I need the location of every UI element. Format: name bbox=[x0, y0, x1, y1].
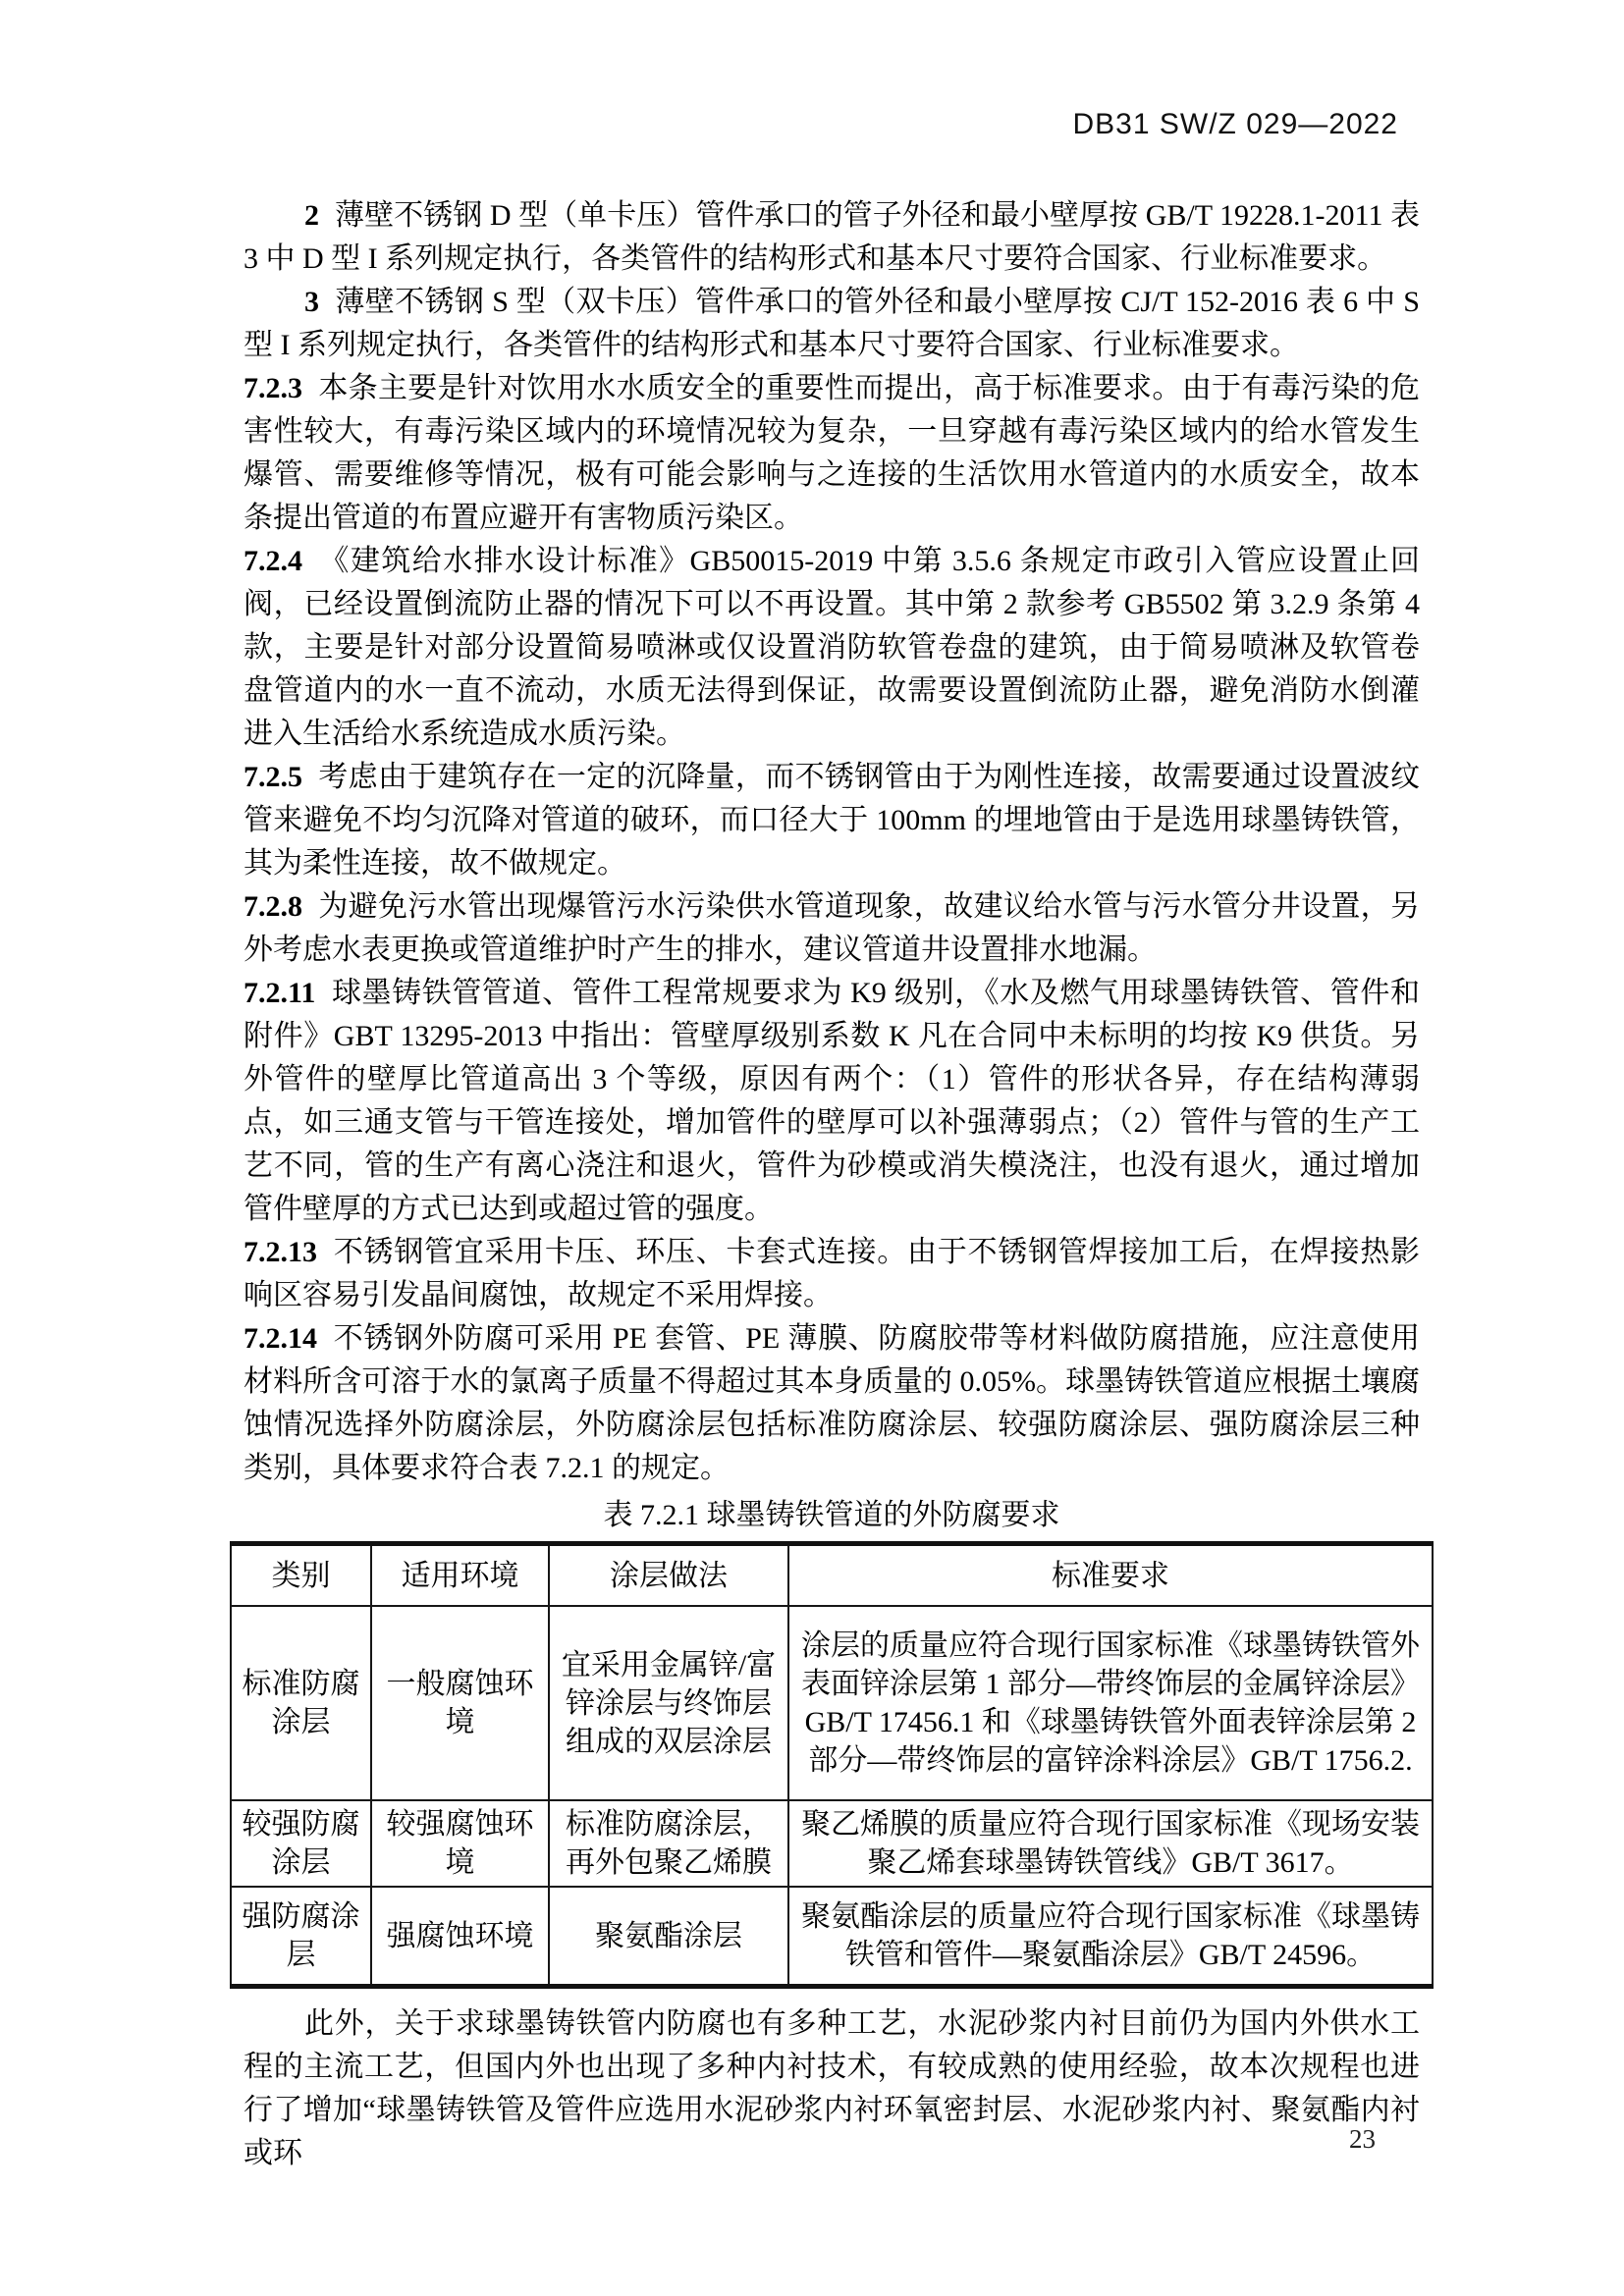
document-page: DB31 SW/Z 029—2022 2薄壁不锈钢 D 型（单卡压）管件承口的管… bbox=[0, 0, 1624, 2296]
clause-paragraph-7-2-14: 7.2.14不锈钢外防腐可采用 PE 套管、PE 薄膜、防腐胶带等材料做防腐措施… bbox=[244, 1317, 1420, 1490]
column-header-category: 类别 bbox=[231, 1544, 371, 1607]
clause-paragraph-7-2-5: 7.2.5考虑由于建筑存在一定的沉降量，而不锈钢管由于为刚性连接，故需要通过设置… bbox=[244, 756, 1420, 885]
item-paragraph-3: 3薄壁不锈钢 S 型（双卡压）管件承口的管外径和最小壁厚按 CJ/T 152-2… bbox=[244, 281, 1420, 367]
clause-number: 7.2.11 bbox=[244, 977, 315, 1009]
clause-text: 球墨铸铁管管道、管件工程常规要求为 K9 级别，《水及燃气用球墨铸铁管、管件和附… bbox=[244, 977, 1420, 1225]
table-cell-standard-requirement: 涂层的质量应符合现行国家标准《球墨铸铁管外表面锌涂层第 1 部分—带终饰层的金属… bbox=[788, 1606, 1433, 1800]
clause-number: 7.2.3 bbox=[244, 372, 302, 404]
table-row: 强防腐涂层 强腐蚀环境 聚氨酯涂层 聚氨酯涂层的质量应符合现行国家标准《球墨铸铁… bbox=[231, 1887, 1433, 1987]
table-cell-environment: 强腐蚀环境 bbox=[371, 1887, 549, 1987]
item-number: 3 bbox=[304, 286, 319, 318]
item-number: 2 bbox=[304, 199, 319, 232]
clause-paragraph-7-2-8: 7.2.8为避免污水管出现爆管污水污染供水管道现象，故建议给水管与污水管分井设置… bbox=[244, 885, 1420, 972]
column-header-standard-requirement: 标准要求 bbox=[788, 1544, 1433, 1607]
table-row: 标准防腐涂层 一般腐蚀环境 宜采用金属锌/富锌涂层与终饰层组成的双层涂层 涂层的… bbox=[231, 1606, 1433, 1800]
item-text: 薄壁不锈钢 D 型（单卡压）管件承口的管子外径和最小壁厚按 GB/T 19228… bbox=[244, 199, 1420, 275]
table-cell-coating-method: 宜采用金属锌/富锌涂层与终饰层组成的双层涂层 bbox=[549, 1606, 788, 1800]
clause-text: 不锈钢管宜采用卡压、环压、卡套式连接。由于不锈钢管焊接加工后，在焊接热影响区容易… bbox=[244, 1236, 1420, 1311]
table-cell-standard-requirement: 聚乙烯膜的质量应符合现行国家标准《现场安装聚乙烯套球墨铸铁管线》GB/T 361… bbox=[788, 1800, 1433, 1887]
table-row: 较强防腐涂层 较强腐蚀环境 标准防腐涂层，再外包聚乙烯膜 聚乙烯膜的质量应符合现… bbox=[231, 1800, 1433, 1887]
clause-paragraph-7-2-11: 7.2.11球墨铸铁管管道、管件工程常规要求为 K9 级别，《水及燃气用球墨铸铁… bbox=[244, 972, 1420, 1231]
table-7-2-1: 类别 适用环境 涂层做法 标准要求 标准防腐涂层 一般腐蚀环境 宜采用金属锌/富… bbox=[230, 1541, 1434, 1989]
table-cell-coating-method: 聚氨酯涂层 bbox=[549, 1887, 788, 1987]
clause-text: 为避免污水管出现爆管污水污染供水管道现象，故建议给水管与污水管分井设置，另外考虑… bbox=[244, 890, 1420, 966]
clause-number: 7.2.13 bbox=[244, 1236, 317, 1268]
clause-text: 考虑由于建筑存在一定的沉降量，而不锈钢管由于为刚性连接，故需要通过设置波纹管来避… bbox=[244, 761, 1420, 880]
column-header-environment: 适用环境 bbox=[371, 1544, 549, 1607]
table-cell-environment: 较强腐蚀环境 bbox=[371, 1800, 549, 1887]
column-header-coating-method: 涂层做法 bbox=[549, 1544, 788, 1607]
clause-text: 本条主要是针对饮用水水质安全的重要性而提出，高于标准要求。由于有毒污染的危害性较… bbox=[244, 372, 1420, 534]
clause-text: 不锈钢外防腐可采用 PE 套管、PE 薄膜、防腐胶带等材料做防腐措施，应注意使用… bbox=[244, 1322, 1420, 1484]
page-number: 23 bbox=[1349, 2124, 1376, 2155]
table-cell-category: 标准防腐涂层 bbox=[231, 1606, 371, 1800]
page-content: 2薄壁不锈钢 D 型（单卡压）管件承口的管子外径和最小壁厚按 GB/T 1922… bbox=[244, 194, 1420, 2175]
table-cell-coating-method: 标准防腐涂层，再外包聚乙烯膜 bbox=[549, 1800, 788, 1887]
clause-number: 7.2.4 bbox=[244, 545, 302, 577]
clause-paragraph-7-2-3: 7.2.3本条主要是针对饮用水水质安全的重要性而提出，高于标准要求。由于有毒污染… bbox=[244, 367, 1420, 540]
closing-paragraph: 此外，关于求球墨铸铁管内防腐也有多种工艺，水泥砂浆内衬目前仍为国内外供水工程的主… bbox=[244, 2002, 1420, 2175]
item-text: 薄壁不锈钢 S 型（双卡压）管件承口的管外径和最小壁厚按 CJ/T 152-20… bbox=[244, 286, 1420, 361]
table-cell-environment: 一般腐蚀环境 bbox=[371, 1606, 549, 1800]
clause-text: 《建筑给水排水设计标准》GB50015-2019 中第 3.5.6 条规定市政引… bbox=[244, 545, 1420, 750]
standard-code: DB31 SW/Z 029—2022 bbox=[1073, 108, 1399, 141]
table-title: 表 7.2.1 球墨铸铁管道的外防腐要求 bbox=[244, 1494, 1420, 1537]
clause-paragraph-7-2-13: 7.2.13不锈钢管宜采用卡压、环压、卡套式连接。由于不锈钢管焊接加工后，在焊接… bbox=[244, 1231, 1420, 1317]
clause-paragraph-7-2-4: 7.2.4《建筑给水排水设计标准》GB50015-2019 中第 3.5.6 条… bbox=[244, 540, 1420, 756]
table-cell-category: 较强防腐涂层 bbox=[231, 1800, 371, 1887]
clause-number: 7.2.14 bbox=[244, 1322, 317, 1355]
clause-number: 7.2.8 bbox=[244, 890, 302, 923]
item-paragraph-2: 2薄壁不锈钢 D 型（单卡压）管件承口的管子外径和最小壁厚按 GB/T 1922… bbox=[244, 194, 1420, 281]
table-cell-standard-requirement: 聚氨酯涂层的质量应符合现行国家标准《球墨铸铁管和管件—聚氨酯涂层》GB/T 24… bbox=[788, 1887, 1433, 1987]
table-cell-category: 强防腐涂层 bbox=[231, 1887, 371, 1987]
clause-number: 7.2.5 bbox=[244, 761, 302, 793]
table-header-row: 类别 适用环境 涂层做法 标准要求 bbox=[231, 1544, 1433, 1607]
